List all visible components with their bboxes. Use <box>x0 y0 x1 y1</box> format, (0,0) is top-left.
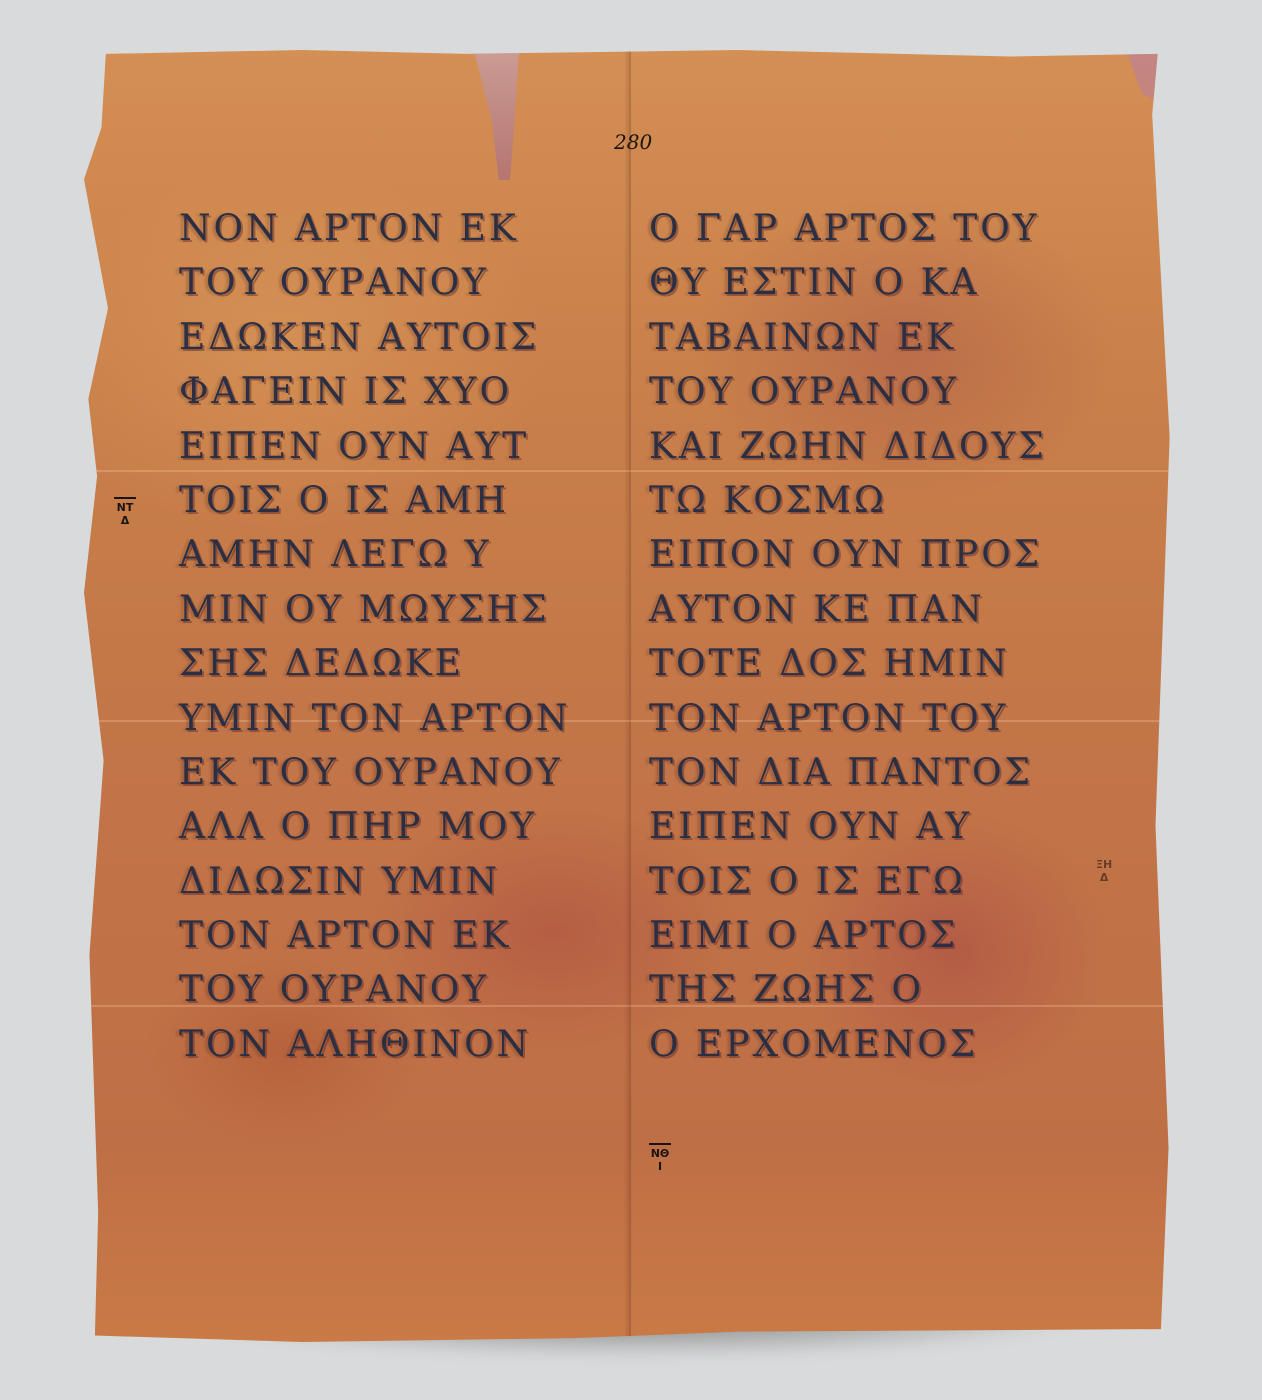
text-line: ΝΟΝ ΑΡΤΟΝ ΕΚ <box>179 202 639 256</box>
text-line: ΕΚ ΤΟΥ ΟΥΡΑΝΟΥ <box>179 746 639 800</box>
text-line: ΤΑΒΑΙΝΩΝ ΕΚ <box>649 311 1129 365</box>
text-column-right: Ο ΓΑΡ ΑΡΤΟΣ ΤΟΥ ΘΥ ΕΣΤΙΝ Ο ΚΑ ΤΑΒΑΙΝΩΝ Ε… <box>649 202 1129 1072</box>
text-line: ΥΜΙΝ ΤΟΝ ΑΡΤΟΝ <box>179 692 639 746</box>
text-line: ΑΜΗΝ ΛΕΓΩ Υ <box>179 528 639 582</box>
manuscript-leaf: 280 ΝΟΝ ΑΡΤΟΝ ΕΚ ΤΟΥ ΟΥΡΑΝΟΥ ΕΔΩΚΕΝ ΑΥΤΟ… <box>84 50 1174 1342</box>
text-column-left: ΝΟΝ ΑΡΤΟΝ ΕΚ ΤΟΥ ΟΥΡΑΝΟΥ ΕΔΩΚΕΝ ΑΥΤΟΙΣ Φ… <box>179 202 639 1072</box>
text-line: ΤΗΣ ΖΩΗΣ Ο <box>649 963 1129 1017</box>
text-line: ΑΥΤΟΝ ΚΕ ΠΑΝ <box>649 583 1129 637</box>
text-line: ΦΑΓΕΙΝ ΙΣ ΧΥΟ <box>179 365 639 419</box>
corner-damage <box>1126 50 1166 105</box>
text-line: ΕΙΜΙ Ο ΑΡΤΟΣ <box>649 909 1129 963</box>
overline <box>649 1143 671 1145</box>
folio-number: 280 <box>614 130 652 154</box>
text-line: ΜΙΝ ΟΥ ΜΩΥΣΗΣ <box>179 583 639 637</box>
marginal-note-bottom: ΝΘ Ι <box>649 1143 671 1173</box>
text-line: ΤΟΝ ΑΡΤΟΝ ΕΚ <box>179 909 639 963</box>
text-line: ΕΙΠΟΝ ΟΥΝ ΠΡΟΣ <box>649 528 1129 582</box>
text-line: ΤΟΤΕ ΔΟΣ ΗΜΙΝ <box>649 637 1129 691</box>
text-line: ΚΑΙ ΖΩΗΝ ΔΙΔΟΥΣ <box>649 420 1129 474</box>
marginal-note-right: ΞΗ Δ <box>1096 858 1112 884</box>
text-line: ΤΟΥ ΟΥΡΑΝΟΥ <box>179 963 639 1017</box>
text-line: ΤΟΙΣ Ο ΙΣ ΑΜΗ <box>179 474 639 528</box>
repair-patch <box>474 50 519 180</box>
text-line: ΤΟΥ ΟΥΡΑΝΟΥ <box>179 256 639 310</box>
text-line: ΤΟΙΣ Ο ΙΣ ΕΓΩ <box>649 855 1129 909</box>
text-line: ΤΩ ΚΟΣΜΩ <box>649 474 1129 528</box>
text-line: ΘΥ ΕΣΤΙΝ Ο ΚΑ <box>649 256 1129 310</box>
text-line: ΤΟΥ ΟΥΡΑΝΟΥ <box>649 365 1129 419</box>
text-line: ΔΙΔΩΣΙΝ ΥΜΙΝ <box>179 855 639 909</box>
text-line: Ο ΓΑΡ ΑΡΤΟΣ ΤΟΥ <box>649 202 1129 256</box>
text-line: ΤΟΝ ΑΡΤΟΝ ΤΟΥ <box>649 692 1129 746</box>
text-line: ΑΛΛ Ο ΠΗΡ ΜΟΥ <box>179 800 639 854</box>
text-line: ΤΟΝ ΑΛΗΘΙΝΟΝ <box>179 1018 639 1072</box>
text-line: ΤΟΝ ΔΙΑ ΠΑΝΤΟΣ <box>649 746 1129 800</box>
text-line: ΕΙΠΕΝ ΟΥΝ ΑΥΤ <box>179 420 639 474</box>
text-line: Ο ΕΡΧΟΜΕΝΟΣ <box>649 1018 1129 1072</box>
text-line: ΕΔΩΚΕΝ ΑΥΤΟΙΣ <box>179 311 639 365</box>
text-line: ΕΙΠΕΝ ΟΥΝ ΑΥ <box>649 800 1129 854</box>
text-line: ΣΗΣ ΔΕΔΩΚΕ <box>179 637 639 691</box>
overline <box>114 497 136 499</box>
marginal-note-left: ΝΤ Δ <box>114 497 136 527</box>
